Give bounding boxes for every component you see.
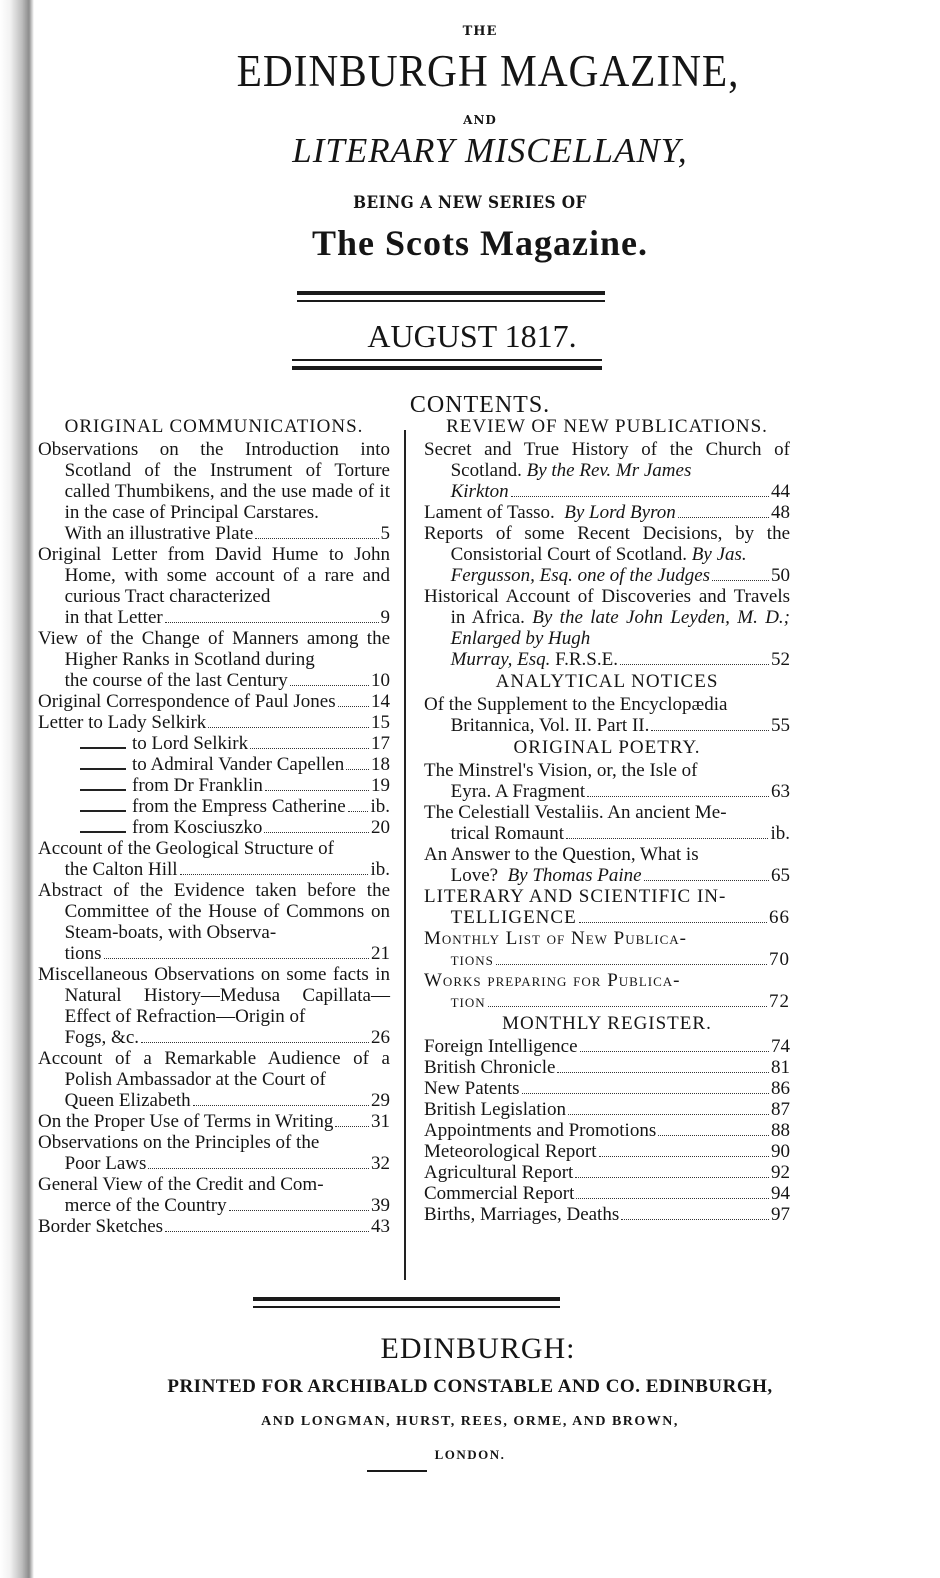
page-number: 29 (371, 1090, 390, 1111)
contents-right-column: REVIEW OF NEW PUBLICATIONS.Secret and Tr… (424, 415, 790, 1225)
entry-title-text: LITERARY AND SCIENTIFIC IN- (424, 886, 726, 907)
entry-title-text: Observations on the Introduction into Sc… (38, 439, 390, 523)
magazine-subtitle: LITERARY MISCELLANY, (20, 131, 940, 171)
column-divider (404, 430, 406, 1280)
ditto-dash (80, 810, 126, 812)
entry-title-end: New Patents (424, 1078, 520, 1099)
contents-entry[interactable]: British Chronicle81 (424, 1057, 790, 1078)
series-note: BEING A NEW SERIES OF (47, 193, 893, 213)
page-number: 74 (771, 1036, 790, 1057)
entry-last-line: Queen Elizabeth29 (38, 1090, 390, 1111)
masthead-the: THE (10, 24, 940, 39)
entry-title-text: The Minstrel's Vision, or, the Isle of (424, 760, 697, 781)
page-number: ib. (770, 823, 790, 844)
page-number: 14 (371, 691, 390, 712)
entry-title-end: Original Correspondence of Paul Jones (38, 691, 336, 712)
entry-title-end: tions (65, 943, 102, 964)
entry-author: By Thomas Paine (508, 865, 642, 886)
entry-title: Reports of some Recent Decisions, by the… (424, 523, 790, 565)
contents-entry[interactable]: Historical Account of Discoveries and Tr… (424, 586, 790, 670)
rule-top-thick (297, 291, 605, 295)
ditto-dash (80, 747, 126, 749)
page-number: 39 (371, 1195, 390, 1216)
dot-leader (193, 1104, 369, 1106)
contents-entry[interactable]: Foreign Intelligence74 (424, 1036, 790, 1057)
entry-title-text: General View of the Credit and Com- (38, 1174, 324, 1195)
entry-last-line: from Kosciuszko20 (38, 817, 390, 838)
entry-title-end: Britannica, Vol. II. Part II. (451, 715, 650, 736)
entry-title-end: from the Empress Catherine (132, 796, 346, 817)
entry-title-text: Monthly List of New Publica- (424, 928, 687, 949)
entry-author: By Lord Byron (564, 502, 676, 523)
entry-title: LITERARY AND SCIENTIFIC IN- (424, 886, 790, 907)
imprint-publisher: PRINTED FOR ARCHIBALD CONSTABLE AND CO. … (0, 1376, 940, 1398)
entry-title: Observations on the Principles of the (38, 1132, 390, 1153)
contents-entry[interactable]: Original Correspondence of Paul Jones14 (38, 691, 390, 712)
dot-leader (599, 1155, 769, 1157)
dot-leader (264, 831, 369, 833)
contents-entry[interactable]: Miscellaneous Observations on some facts… (38, 964, 390, 1048)
entry-title: Original Letter from David Hume to John … (38, 544, 390, 607)
dot-leader (678, 516, 769, 518)
page-number: 97 (771, 1204, 790, 1225)
entry-last-line: Commercial Report94 (424, 1183, 790, 1204)
dot-leader (255, 537, 378, 539)
entry-title-end: from Dr Franklin (132, 775, 263, 796)
rule-bottom-thick (253, 1297, 560, 1301)
page-number: 48 (771, 502, 790, 523)
dot-leader (335, 1125, 369, 1127)
contents-entry[interactable]: Of the Supplement to the EncyclopædiaBri… (424, 694, 790, 736)
entry-last-line: Murray, Esq. F.R.S.E.52 (424, 649, 790, 670)
page-number: 20 (371, 817, 390, 838)
entry-last-line: Lament of Tasso. By Lord Byron48 (424, 502, 790, 523)
entry-title-end: On the Proper Use of Terms in Writing (38, 1111, 333, 1132)
entry-last-line: TELLIGENCE66 (424, 907, 790, 928)
entry-title-end: Lament of Tasso. (424, 502, 555, 523)
entry-last-line: Births, Marriages, Deaths97 (424, 1204, 790, 1225)
masthead-and: AND (10, 113, 940, 127)
entry-last-line: Fergusson, Esq. one of the Judges50 (424, 565, 790, 586)
entry-last-line: Foreign Intelligence74 (424, 1036, 790, 1057)
contents-entry[interactable]: Births, Marriages, Deaths97 (424, 1204, 790, 1225)
entry-last-line: tions70 (424, 949, 790, 970)
dot-leader (522, 1092, 769, 1094)
entry-title-text: The Celestiall Vestaliis. An ancient Me- (424, 802, 727, 823)
imprint-london: LONDON. (0, 1447, 940, 1463)
entry-title-end: to Admiral Vander Capellen (132, 754, 344, 775)
entry-title: General View of the Credit and Com- (38, 1174, 390, 1195)
entry-title: An Answer to the Question, What is (424, 844, 790, 865)
entry-last-line: in that Letter9 (38, 607, 390, 628)
dot-leader (566, 837, 768, 839)
entry-last-line: to Admiral Vander Capellen18 (38, 754, 390, 775)
entry-title-text: Observations on the Principles of the (38, 1132, 319, 1153)
entry-title-end: Foreign Intelligence (424, 1036, 578, 1057)
contents-entry[interactable]: General View of the Credit and Com-merce… (38, 1174, 390, 1216)
dot-leader (141, 1041, 369, 1043)
entry-title: Of the Supplement to the Encyclopædia (424, 694, 790, 715)
contents-entry[interactable]: Secret and True History of the Church of… (424, 439, 790, 502)
dot-leader (712, 579, 769, 581)
entry-last-line: Kirkton44 (424, 481, 790, 502)
imprint-city: EDINBURGH: (8, 1332, 940, 1366)
dot-leader (348, 810, 369, 812)
entry-suffix: F.R.S.E. (555, 649, 618, 670)
entry-last-line: With an illustrative Plate5 (38, 523, 390, 544)
entry-title: The Minstrel's Vision, or, the Isle of (424, 760, 790, 781)
dot-leader (658, 1134, 769, 1136)
contents-entry[interactable]: Border Sketches43 (38, 1216, 390, 1237)
page-number: 65 (771, 865, 790, 886)
rule-top-thin (297, 300, 605, 302)
entry-title-end: Border Sketches (38, 1216, 163, 1237)
entry-last-line: tions21 (38, 943, 390, 964)
entry-title-end: TELLIGENCE (451, 907, 577, 928)
entry-last-line: Original Correspondence of Paul Jones14 (38, 691, 390, 712)
dot-leader (165, 621, 379, 623)
page-number: 94 (771, 1183, 790, 1204)
page-number: 5 (381, 523, 391, 544)
page-number: 10 (371, 670, 390, 691)
contents-entry[interactable]: Original Letter from David Hume to John … (38, 544, 390, 628)
entry-title-text: Account of a Remarkable Audience of a Po… (38, 1048, 390, 1090)
entry-last-line: the Calton Hillib. (38, 859, 390, 880)
dot-leader (511, 495, 769, 497)
section-heading: REVIEW OF NEW PUBLICATIONS. (424, 416, 790, 437)
entry-author: By the Rev. Mr James (527, 460, 692, 481)
ditto-dash (80, 831, 126, 833)
page-number: 31 (371, 1111, 390, 1132)
magazine-title: EDINBURGH MAGAZINE, (56, 45, 921, 97)
entry-last-line: Appointments and Promotions88 (424, 1120, 790, 1141)
page-number: 88 (771, 1120, 790, 1141)
entry-title-text: An Answer to the Question, What is (424, 844, 699, 865)
contents-entry[interactable]: View of the Change of Manners among the … (38, 628, 390, 691)
contents-entry[interactable]: Account of a Remarkable Audience of a Po… (38, 1048, 390, 1111)
entry-title: Observations on the Introduction into Sc… (38, 439, 390, 523)
dot-leader (346, 768, 369, 770)
contents-entry[interactable]: LITERARY AND SCIENTIFIC IN-TELLIGENCE66 (424, 886, 790, 928)
entry-title: Works preparing for Publica- (424, 970, 790, 991)
entry-title-text: View of the Change of Manners among the … (38, 628, 390, 670)
entry-title-end: in that Letter (65, 607, 163, 628)
contents-entry[interactable]: to Lord Selkirk17 (38, 733, 390, 754)
entry-title-text: Original Letter from David Hume to John … (38, 544, 390, 607)
entry-last-line: merce of the Country39 (38, 1195, 390, 1216)
contents-entry[interactable]: The Minstrel's Vision, or, the Isle ofEy… (424, 760, 790, 802)
entry-title: Miscellaneous Observations on some facts… (38, 964, 390, 1027)
contents-entry[interactable]: Account of the Geological Structure ofth… (38, 838, 390, 880)
ditto-dash (80, 768, 126, 770)
contents-entry[interactable]: Observations on the Principles of thePoo… (38, 1132, 390, 1174)
contents-entry[interactable]: Reports of some Recent Decisions, by the… (424, 523, 790, 586)
dot-leader (180, 873, 369, 875)
page-number: 21 (371, 943, 390, 964)
entry-title-end: Appointments and Promotions (424, 1120, 656, 1141)
entry-last-line: Fogs, &c.26 (38, 1027, 390, 1048)
dot-leader (338, 705, 369, 707)
entry-title-text: Abstract of the Evidence taken before th… (38, 880, 390, 943)
page-number: 63 (771, 781, 790, 802)
dot-leader (488, 1005, 767, 1007)
page-number: 19 (371, 775, 390, 796)
page-number: 52 (771, 649, 790, 670)
dot-leader (265, 789, 369, 791)
contents-entry[interactable]: Lament of Tasso. By Lord Byron48 (424, 502, 790, 523)
dot-leader (587, 795, 769, 797)
entry-title: Abstract of the Evidence taken before th… (38, 880, 390, 943)
contents-entry[interactable]: Observations on the Introduction into Sc… (38, 439, 390, 544)
ditto-dash (80, 789, 126, 791)
contents-entry[interactable]: Works preparing for Publica-tion72 (424, 970, 790, 1012)
contents-entry[interactable]: On the Proper Use of Terms in Writing31 (38, 1111, 390, 1132)
entry-title-end: Queen Elizabeth (65, 1090, 191, 1111)
page-number: 70 (769, 949, 790, 970)
entry-title-end: from Kosciuszko (132, 817, 262, 838)
entry-title-end: Meteorological Report (424, 1141, 597, 1162)
page-number: 15 (371, 712, 390, 733)
entry-title-end: British Legislation (424, 1099, 566, 1120)
entry-title-end: Births, Marriages, Deaths (424, 1204, 619, 1225)
page-number: 9 (381, 607, 391, 628)
contents-entry[interactable]: Letter to Lady Selkirk15 (38, 712, 390, 733)
contents-entry[interactable]: An Answer to the Question, What isLove? … (424, 844, 790, 886)
contents-entry[interactable]: Commercial Report94 (424, 1183, 790, 1204)
rule-date-thick (292, 366, 602, 370)
entry-title-end: Poor Laws (65, 1153, 147, 1174)
dot-leader (557, 1071, 769, 1073)
contents-entry[interactable]: Meteorological Report90 (424, 1141, 790, 1162)
section-heading: ANALYTICAL NOTICES (424, 671, 790, 692)
entry-title: Secret and True History of the Church of… (424, 439, 790, 481)
entry-author: By Jas. (692, 544, 747, 565)
entry-title: Monthly List of New Publica- (424, 928, 790, 949)
entry-title: View of the Change of Manners among the … (38, 628, 390, 670)
contents-entry[interactable]: from Dr Franklin19 (38, 775, 390, 796)
dot-leader (575, 1176, 769, 1178)
entry-last-line: On the Proper Use of Terms in Writing31 (38, 1111, 390, 1132)
page-number: 26 (371, 1027, 390, 1048)
page-number: ib. (370, 796, 390, 817)
entry-last-line: Love? By Thomas Paine65 (424, 865, 790, 886)
dot-leader (250, 747, 369, 749)
page-number: 44 (771, 481, 790, 502)
entry-title-end: to Lord Selkirk (132, 733, 248, 754)
dot-leader (621, 1218, 769, 1220)
entry-last-line: trical Romauntib. (424, 823, 790, 844)
entry-title-end: Commercial Report (424, 1183, 574, 1204)
entry-last-line: British Legislation87 (424, 1099, 790, 1120)
page-number: 55 (771, 715, 790, 736)
entry-title-end: tion (451, 991, 486, 1012)
dot-leader (104, 957, 369, 959)
dot-leader (165, 1230, 369, 1232)
entry-title-end: the Calton Hill (65, 859, 178, 880)
page-number: 92 (771, 1162, 790, 1183)
page-number: 86 (771, 1078, 790, 1099)
contents-entry[interactable]: Monthly List of New Publica-tions70 (424, 928, 790, 970)
entry-title-text: Of the Supplement to the Encyclopædia (424, 694, 727, 715)
entry-title-end: British Chronicle (424, 1057, 555, 1078)
contents-entry[interactable]: Agricultural Report92 (424, 1162, 790, 1183)
section-heading-original-communications: ORIGINAL COMMUNICATIONS. (38, 416, 390, 437)
entry-title-end: the course of the last Century (65, 670, 288, 691)
dot-leader (644, 879, 769, 881)
scots-magazine-title: The Scots Magazine. (10, 222, 940, 264)
entry-title-end: Murray, Esq. (451, 649, 551, 670)
contents-entry[interactable]: Appointments and Promotions88 (424, 1120, 790, 1141)
entry-title: The Celestiall Vestaliis. An ancient Me- (424, 802, 790, 823)
entry-last-line: tion72 (424, 991, 790, 1012)
contents-entry[interactable]: from Kosciuszko20 (38, 817, 390, 838)
page-number: 43 (371, 1216, 390, 1237)
entry-last-line: Eyra. A Fragment63 (424, 781, 790, 802)
contents-entry[interactable]: The Celestiall Vestaliis. An ancient Me-… (424, 802, 790, 844)
imprint-copublishers: AND LONGMAN, HURST, REES, ORME, AND BROW… (0, 1414, 940, 1430)
entry-last-line: Meteorological Report90 (424, 1141, 790, 1162)
dot-leader (576, 1197, 769, 1199)
dot-leader (651, 729, 769, 731)
entry-title-end: Fogs, &c. (65, 1027, 139, 1048)
page-number: 72 (769, 991, 790, 1012)
dot-leader (290, 684, 369, 686)
contents-left-column: ORIGINAL COMMUNICATIONS. Observations on… (38, 415, 390, 1237)
contents-entry[interactable]: to Admiral Vander Capellen18 (38, 754, 390, 775)
contents-entry[interactable]: British Legislation87 (424, 1099, 790, 1120)
contents-entry[interactable]: New Patents86 (424, 1078, 790, 1099)
entry-title-end: Fergusson, Esq. one of the Judges (451, 565, 710, 586)
dot-leader (580, 1050, 769, 1052)
page-number: 32 (371, 1153, 390, 1174)
dot-leader (568, 1113, 769, 1115)
entry-last-line: Border Sketches43 (38, 1216, 390, 1237)
dot-leader (208, 726, 369, 728)
entry-title: Account of a Remarkable Audience of a Po… (38, 1048, 390, 1090)
dot-leader (229, 1209, 369, 1211)
entry-last-line: British Chronicle81 (424, 1057, 790, 1078)
entry-last-line: Britannica, Vol. II. Part II.55 (424, 715, 790, 736)
rule-ornament (367, 1470, 427, 1472)
page-number: 50 (771, 565, 790, 586)
dot-leader (620, 663, 769, 665)
entry-title-text: Miscellaneous Observations on some facts… (38, 964, 390, 1027)
page-number: 90 (771, 1141, 790, 1162)
entry-title-end: Love? (451, 865, 498, 886)
entry-last-line: to Lord Selkirk17 (38, 733, 390, 754)
entry-title-text: Works preparing for Publica- (424, 970, 680, 991)
page-number: 81 (771, 1057, 790, 1078)
entry-title: Account of the Geological Structure of (38, 838, 390, 859)
page-number: 66 (769, 907, 790, 928)
entry-title: Historical Account of Discoveries and Tr… (424, 586, 790, 649)
entry-title-end: trical Romaunt (451, 823, 564, 844)
entry-last-line: New Patents86 (424, 1078, 790, 1099)
dot-leader (496, 963, 767, 965)
contents-entry[interactable]: Abstract of the Evidence taken before th… (38, 880, 390, 964)
entry-title-end: merce of the Country (65, 1195, 227, 1216)
contents-entry[interactable]: from the Empress Catherineib. (38, 796, 390, 817)
entry-title-text: Account of the Geological Structure of (38, 838, 334, 859)
page-number: ib. (370, 859, 390, 880)
page-number: 87 (771, 1099, 790, 1120)
entry-last-line: Letter to Lady Selkirk15 (38, 712, 390, 733)
entry-title-end: tions (451, 949, 494, 970)
entry-last-line: Poor Laws32 (38, 1153, 390, 1174)
section-heading: ORIGINAL POETRY. (424, 737, 790, 758)
entry-last-line: from the Empress Catherineib. (38, 796, 390, 817)
entry-title-end: With an illustrative Plate (65, 523, 254, 544)
rule-bottom-thin (253, 1306, 560, 1308)
entry-title-end: Kirkton (451, 481, 509, 502)
page-number: 18 (371, 754, 390, 775)
issue-date: AUGUST 1817. (2, 318, 940, 355)
entry-title-end: Agricultural Report (424, 1162, 573, 1183)
page-number: 17 (371, 733, 390, 754)
section-heading: MONTHLY REGISTER. (424, 1013, 790, 1034)
entry-last-line: from Dr Franklin19 (38, 775, 390, 796)
entry-title-end: Eyra. A Fragment (451, 781, 586, 802)
entry-last-line: the course of the last Century10 (38, 670, 390, 691)
rule-date-thin (292, 359, 602, 361)
dot-leader (579, 921, 767, 923)
entry-title-end: Letter to Lady Selkirk (38, 712, 206, 733)
entry-last-line: Agricultural Report92 (424, 1162, 790, 1183)
dot-leader (148, 1167, 369, 1169)
